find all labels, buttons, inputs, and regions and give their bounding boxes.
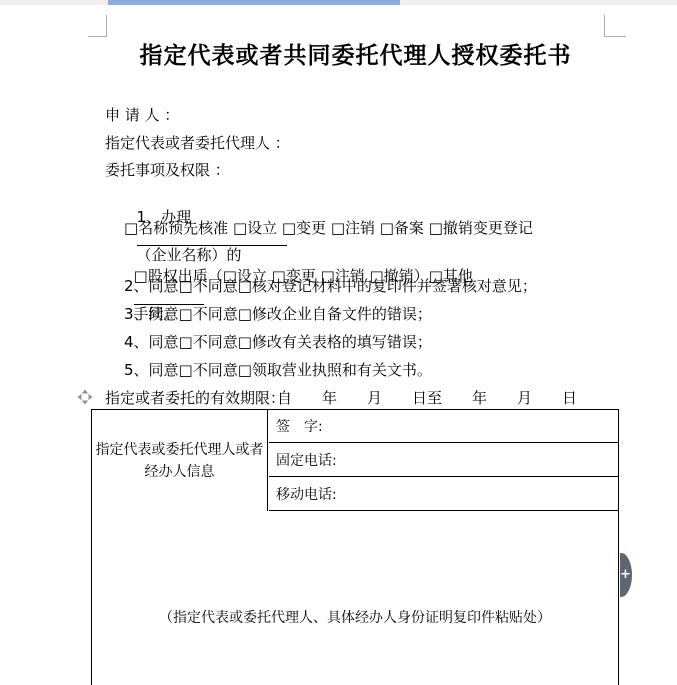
validity-dates: 自 年 月 日至 年 月 日 [277, 389, 577, 408]
plus-icon: + [620, 569, 631, 581]
mobile-phone-row[interactable]: 移动电话: [269, 477, 618, 511]
signature-row[interactable]: 签 字: [269, 410, 618, 443]
item-5-line: 5、同意□不同意□领取营业执照和有关文书。 [124, 361, 432, 380]
paste-area-note: （指定代表或委托代理人、具体经办人身份证明复印件粘贴处） [92, 607, 618, 627]
scope-checkbox-line-1: □名称预先核准 □设立 □变更 □注销 □备案 □撤销变更登记 [124, 219, 533, 238]
window-top-accent-bar [108, 0, 400, 5]
text-boundary-corner-topright-icon [604, 15, 626, 37]
item-2-line: 2、同意□不同意□核对登记材料中的复印件并签署核对意见； [124, 277, 537, 296]
text-boundary-corner-topleft-icon [88, 15, 107, 37]
expand-handle[interactable]: + [620, 553, 632, 597]
table-move-handle-icon[interactable] [77, 389, 93, 405]
mobile-phone-label: 移动电话: [276, 484, 337, 504]
authority-label: 委托事项及权限 ： [105, 161, 230, 180]
page-title: 指定代表或者共同委托代理人授权委托书 [107, 37, 604, 70]
signature-label: 签 字: [276, 416, 323, 436]
agent-label: 指定代表或者委托代理人 ： [105, 134, 290, 153]
fixed-phone-label: 固定电话: [276, 450, 337, 470]
id-copy-paste-cell: （指定代表或委托代理人、具体经办人身份证明复印件粘贴处） [92, 511, 618, 685]
authorization-table: 指定代表或委托代理人或者经办人信息 签 字: 固定电话: 移动电话: （指定代表… [91, 409, 619, 685]
applicant-label: 申 请 人 ： [105, 106, 179, 125]
item-4-line: 4、同意□不同意□修改有关表格的填写错误； [124, 333, 432, 352]
info-header-cell: 指定代表或委托代理人或者经办人信息 [92, 410, 268, 511]
item-3-line: 3、同意□不同意□修改企业自备文件的错误； [124, 305, 432, 324]
validity-label: 指定或者委托的有效期限： [105, 389, 285, 408]
fixed-phone-row[interactable]: 固定电话: [269, 443, 618, 477]
